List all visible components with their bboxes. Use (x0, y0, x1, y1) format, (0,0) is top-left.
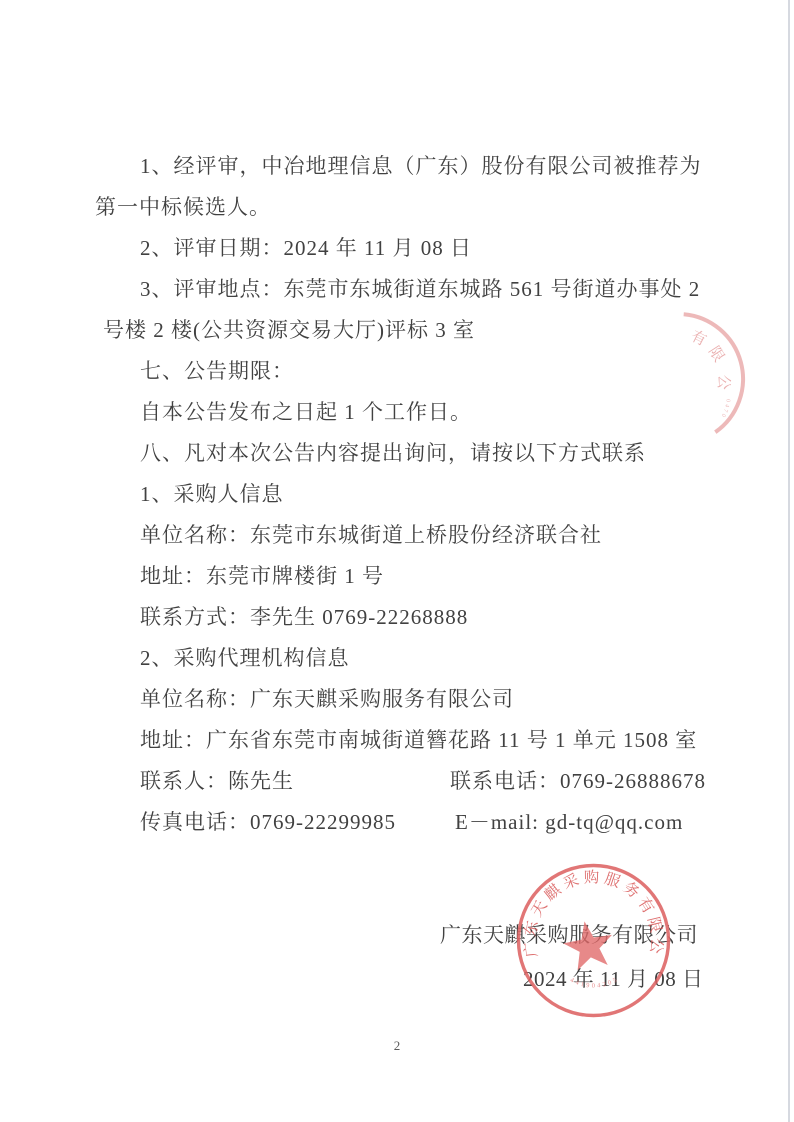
announcement-body: 1、经评审，中冶地理信息（广东）股份有限公司被推荐为 第一中标候选人。 2、评审… (95, 146, 715, 843)
seal-serial-number: 441904205 (569, 976, 620, 990)
doc-line: 1、经评审，中冶地理信息（广东）股份有限公司被推荐为 (95, 146, 715, 187)
contact-row: 联系人：陈先生 联系电话：0769-26888678 (95, 761, 715, 802)
contact-row: 传真电话：0769-22299985 E－mail: gd-tq@qq.com (95, 802, 715, 843)
partial-seal-char: 公 (714, 374, 731, 390)
doc-line: 单位名称：广东天麒采购服务有限公司 (95, 679, 715, 720)
svg-text:441904205: 441904205 (569, 976, 620, 990)
doc-line: 2、评审日期：2024 年 11 月 08 日 (95, 228, 715, 269)
partial-seal-char: 限 (705, 343, 727, 365)
contact-fax: 传真电话：0769-22299985 (140, 810, 396, 834)
doc-line: 联系方式：李先生 0769-22268888 (95, 597, 715, 638)
contact-person: 联系人：陈先生 (140, 769, 294, 793)
doc-line: 地址：广东省东莞市南城街道簪花路 11 号 1 单元 1508 室 (95, 720, 715, 761)
scan-edge-line (788, 0, 790, 1122)
doc-line: 1、采购人信息 (95, 474, 715, 515)
contact-phone: 联系电话：0769-26888678 (450, 761, 706, 802)
partial-seal-char: 有 (688, 328, 709, 350)
doc-line: 第一中标候选人。 (95, 187, 715, 228)
contact-email: E－mail: gd-tq@qq.com (455, 802, 683, 843)
doc-line: 2、采购代理机构信息 (95, 638, 715, 679)
doc-line: 地址：东莞市牌楼街 1 号 (95, 556, 715, 597)
partial-seal: 有 限 公 0470 (605, 305, 755, 470)
star-icon (560, 917, 617, 972)
doc-line: 单位名称：东莞市东城街道上桥股份经济联合社 (95, 515, 715, 556)
page-number: 2 (0, 1038, 794, 1054)
doc-line: 3、评审地点：东莞市东城街道东城路 561 号街道办事处 2 (95, 269, 715, 310)
company-seal: 广东天麒采购服务有限公司 441904205 (515, 862, 673, 1020)
document-page: 1、经评审，中冶地理信息（广东）股份有限公司被推荐为 第一中标候选人。 2、评审… (0, 0, 794, 1122)
